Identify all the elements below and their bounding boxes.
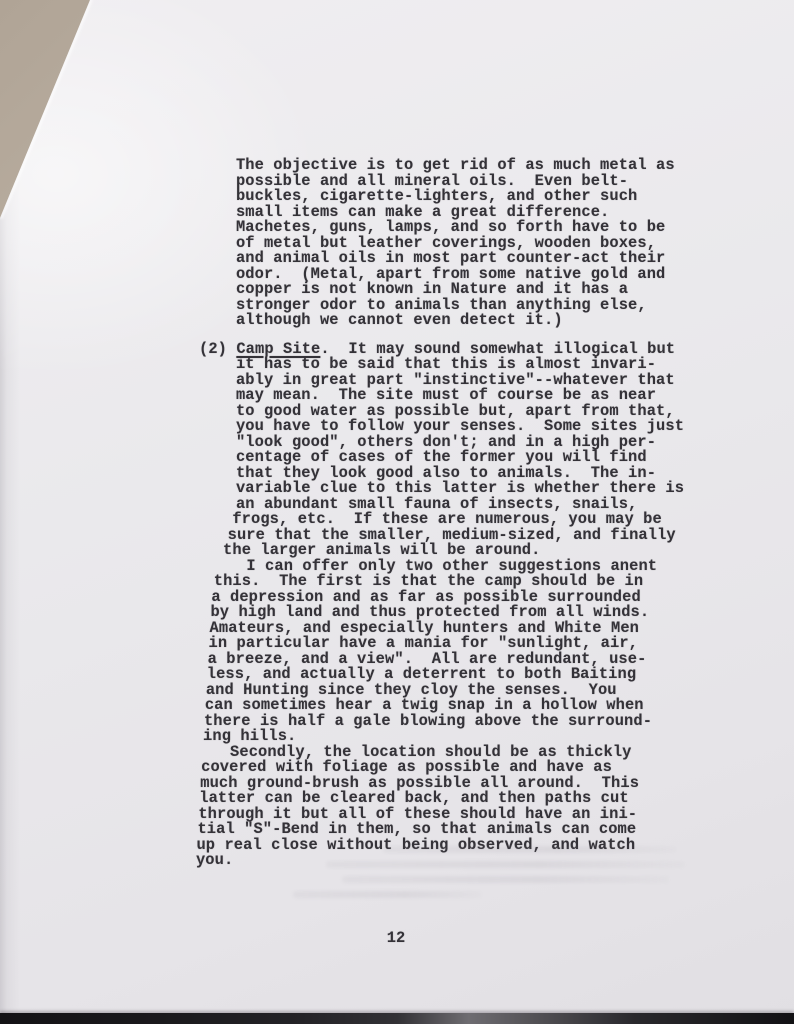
bleed-through-smudge [285,846,693,898]
item-2-body: it has to be said that this is almost in… [236,357,684,869]
typewritten-text: The objective is to get rid of as much m… [199,158,684,869]
bleed-through-line [293,891,481,898]
paper-corner-edge [0,0,94,220]
photo-of-typewritten-page: { "photo": { "backdrop_color": "#c3b8aa"… [0,0,794,1024]
page-number: 12 [371,929,421,947]
bleed-through-line [342,876,668,883]
bleed-through-line [383,846,677,853]
item-2-marker: (2) [199,340,236,358]
numbered-item-2: (2) Camp Site. It may sound somewhat ill… [199,342,684,869]
paper-page: The objective is to get rid of as much m… [0,0,794,1024]
paragraph-intro: The objective is to get rid of as much m… [236,158,684,329]
bleed-through-line [326,861,685,868]
text-line: although we cannot even detect it.) [236,313,684,329]
desk-edge [0,1013,794,1024]
